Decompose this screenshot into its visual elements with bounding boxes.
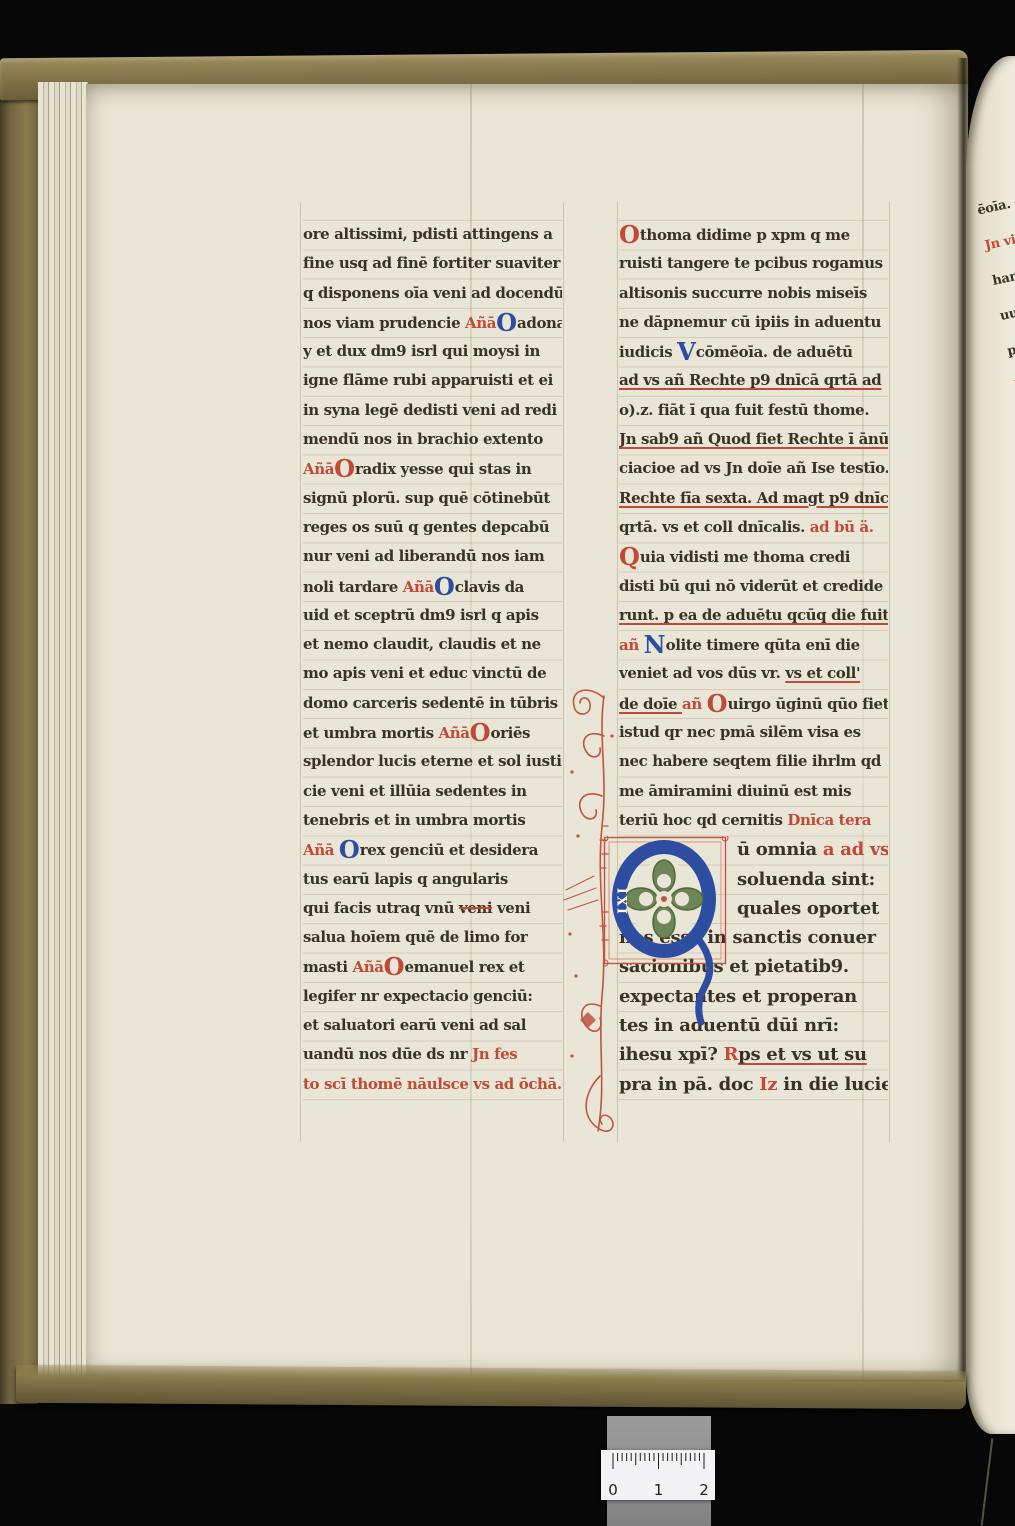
illuminated-initial: O (384, 952, 405, 981)
text-line: cie veni et illūia sedentes in (303, 777, 562, 806)
text-line: Rechte fīa sexta. Ad magt p9 dnīcā (619, 484, 888, 513)
text-line: splendor lucis eterne et sol iusti (303, 747, 562, 776)
text-line: ore altissimi, pdisti attingens a (303, 220, 562, 249)
text-run: o).z. fiāt ī qua fuit festū thome. (619, 401, 869, 419)
ruler-number-0: 0 (608, 1481, 618, 1499)
text-line: ad vs añ Rechte p9 dnīcā qrtā ad (619, 366, 888, 395)
text-line: altisonis succurre nobis miseīs (619, 279, 888, 308)
text-run: emanuel rex et (404, 958, 524, 976)
text-run: fine usq ad finē fortiter suaviter (303, 254, 560, 272)
text-run: Rechte fīa sexta. Ad magt p9 dnīcā (619, 489, 888, 507)
text-run: thoma didime p xpm q me (640, 226, 850, 244)
text-line: to scī thomē nāulsce vs ad ōchā. (303, 1070, 562, 1099)
text-run: Añā (303, 841, 339, 859)
text-run: ū omnia (737, 839, 823, 860)
text-run: q disponens oīa veni ad docendū (303, 284, 562, 302)
text-run: radix yesse qui stas in (355, 460, 531, 478)
ruling-line (889, 202, 890, 1142)
text-run: Añā (465, 314, 496, 332)
text-line: Quia vidisti me thoma credi (619, 542, 888, 571)
text-run: uia vidisti me thoma credi (640, 548, 850, 566)
text-run: in syna legē dedisti veni ad redi (303, 401, 557, 419)
text-line: ne dāpnemur cū ipiis in aduentu (619, 308, 888, 337)
text-run: quales oportet (737, 898, 879, 919)
text-run: ore altissimi, pdisti attingens a (303, 225, 553, 243)
text-line: me āmiramini diuinū est mis (619, 777, 888, 806)
text-line: mendū nos in brachio extento (303, 425, 562, 454)
text-run: iudicis (619, 343, 677, 361)
manuscript-page: ore altissimi, pdisti attingens afine us… (86, 84, 968, 1380)
text-line: reges os suū q gentes depcabū (303, 513, 562, 542)
text-run: y et dux dm9 isrl qui moysi in (303, 342, 540, 360)
text-run: nec habere seqtem filie ihrlm qd (619, 752, 881, 770)
text-line: in syna legē dedisti veni ad redi (303, 396, 562, 425)
text-line: iudicis Vcōmēoīa. de aduētū (619, 337, 888, 366)
text-line: o).z. fiāt ī qua fuit festū thome. (619, 396, 888, 425)
text-run: altisonis succurre nobis miseīs (619, 284, 867, 302)
text-run: uandū nos dūe ds nr (303, 1045, 472, 1063)
text-line: q disponens oīa veni ad docendū (303, 279, 562, 308)
text-line: et nemo claudit, claudis et ne (303, 630, 562, 659)
text-run: mendū nos in brachio extento (303, 430, 543, 448)
text-run: noli tardare (303, 578, 403, 596)
text-run: masti (303, 958, 353, 976)
text-run: ēoīa. cū crui (976, 186, 1015, 219)
text-run: Iz (759, 1074, 777, 1095)
text-line: qui facis utraq vnū veni veni (303, 894, 562, 923)
text-line: Othoma didime p xpm q me (619, 220, 888, 249)
text-line: runt. p ea de aduētu qcūq die fuit (619, 601, 888, 630)
text-line: Añā Orex genciū et desidera (303, 835, 562, 864)
text-run: ps et vs ut su (738, 1044, 867, 1065)
facing-page-text: ēoīa. cū cruiJn vigl añ zZhanans dns luu… (974, 159, 1015, 1110)
illuminated-initial: O (434, 572, 455, 601)
text-run: legifer nr expectacio genciū: (303, 987, 533, 1005)
text-run: disti bū qui nō viderūt et credide (619, 577, 883, 595)
text-run: a ad vs. (823, 839, 888, 860)
text-line: istud qr nec pmā silēm visa es (619, 718, 888, 747)
initial-inscription: IXI (616, 886, 631, 914)
text-line: masti AñāOemanuel rex et (303, 952, 562, 981)
text-run: teriū hoc qd cernitis (619, 811, 787, 829)
text-line: de doīe añ Ouirgo ūginū qūo fiet (619, 689, 888, 718)
text-line: AñāOradix yesse qui stas in (303, 454, 562, 483)
text-line: nec habere seqtem filie ihrlm qd (619, 747, 888, 776)
text-run: olite timere qūta enī die (666, 636, 860, 654)
ruler-ticks (613, 1453, 704, 1469)
text-run: R (724, 1044, 739, 1065)
text-line: ēoīa. cū crui (974, 159, 1015, 230)
text-line: añ Nolite timere qūta enī die (619, 630, 888, 659)
book-bottom-edge (16, 1365, 966, 1410)
text-run: ihesu xpī? (619, 1044, 724, 1065)
text-run: ad vs añ Rechte p9 dnīcā qrtā ad (619, 371, 881, 389)
text-line: domo carceris sedentē in tūbris (303, 689, 562, 718)
text-run: nur veni ad liberandū nos iam (303, 547, 544, 565)
text-run: clavis da (455, 578, 524, 596)
text-run: to scī thomē nāulsce vs ad ōchā. (303, 1075, 562, 1093)
book-spine (0, 68, 38, 1404)
text-line: teriū hoc qd cernitis Dnīca tera (619, 806, 888, 835)
text-line: ihesu xpī? Rps et vs ut su (619, 1040, 888, 1069)
text-run: uid et sceptrū dm9 isrl q apis (303, 606, 539, 624)
illuminated-initial: Q (619, 542, 640, 571)
fore-edge-line (981, 1438, 994, 1526)
text-run: veni (459, 899, 492, 917)
text-run: cie veni et illūia sedentes in (303, 782, 527, 800)
text-line: mo apis veni et educ vinctū de (303, 659, 562, 688)
text-line: salua hoīem quē de limo for (303, 923, 562, 952)
text-line: ruisti tangere te pcibus rogamus (619, 249, 888, 278)
manuscript-photograph: ore altissimi, pdisti attingens afine us… (0, 0, 1015, 1526)
text-line: et saluatori earū veni ad sal (303, 1011, 562, 1040)
text-run: nos viam prudencie (303, 314, 465, 332)
illuminated-initial: O (339, 835, 360, 864)
text-line: noli tardare AñāOclavis da (303, 572, 562, 601)
text-line: veniet ad vos dūs vr. vs et coll' (619, 659, 888, 688)
text-run: Añā (303, 460, 334, 478)
text-run: rex genciū et desidera (360, 841, 538, 859)
illuminated-initial: O (496, 308, 517, 337)
text-run: tenebris et in umbra mortis (303, 811, 525, 829)
text-run: signū plorū. sup quē cōtinebūt (303, 489, 550, 507)
ruler-scale: 0 1 2 (601, 1450, 715, 1500)
ruler-number-1: 1 (654, 1481, 664, 1499)
page-stack-edges (38, 82, 88, 1396)
text-run: vs et coll' (785, 664, 860, 682)
illuminated-initial: O (334, 454, 355, 483)
text-run: uirgo ūginū qūo fiet (728, 695, 888, 713)
text-line: fine usq ad finē fortiter suaviter (303, 249, 562, 278)
text-run: in die lucie (777, 1074, 888, 1095)
text-run: Jn vigl añ (984, 224, 1015, 253)
text-run: domo carceris sedentē in tūbris (303, 694, 558, 712)
left-text-column: ore altissimi, pdisti attingens afine us… (303, 220, 562, 1101)
illuminated-initial: O (470, 718, 491, 747)
text-line: qrtā. vs et coll dnīcalis. ad bū ä. (619, 513, 888, 542)
decorated-initial-q: IXI (603, 836, 731, 1026)
text-run: qrtā. vs et coll dnīcalis. (619, 518, 810, 536)
text-line: uid et sceptrū dm9 isrl q apis (303, 601, 562, 630)
text-line: pra in pā. doc Iz in die lucie R' (619, 1070, 888, 1099)
text-run: et umbra mortis (303, 724, 438, 742)
text-line: igne flāme rubi apparuisti et ei (303, 366, 562, 395)
text-run: cōmēoīa. de aduētū (696, 343, 853, 361)
text-run: qui facis utraq vnū (303, 899, 459, 917)
text-run: et saluatori earū veni ad sal (303, 1016, 526, 1034)
text-run: ad bū ä. (810, 518, 874, 536)
text-run: et nemo claudit, claudis et ne (303, 635, 541, 653)
illuminated-initial: O (619, 220, 640, 249)
illuminated-initial: O (707, 689, 728, 718)
text-run: runt. p ea de aduētu qcūq die fuit (619, 606, 888, 624)
text-line: Jn sab9 añ Quod fiet Rechte ī ānū (619, 425, 888, 454)
text-run: ruisti tangere te pcibus rogamus (619, 254, 883, 272)
text-run: Jn fes (472, 1045, 517, 1063)
text-run: reges os suū q gentes depcabū (303, 518, 549, 536)
text-line: et umbra mortis AñāOoriēs (303, 718, 562, 747)
illuminated-initial: V (677, 337, 696, 366)
text-line: tenebris et in umbra mortis (303, 806, 562, 835)
text-run: añ (619, 636, 644, 654)
text-run: Jn sab9 añ Quod fiet Rechte ī ānū (619, 430, 888, 448)
text-run: salua hoīem quē de limo for (303, 928, 527, 946)
text-run: añ (682, 695, 707, 713)
text-run: Dnīca tera (787, 811, 871, 829)
text-line: ciacioe ad vs Jn doīe añ Ise testīo. (619, 454, 888, 483)
text-run: veni (492, 899, 530, 917)
text-line: y et dux dm9 isrl qui moysi in (303, 337, 562, 366)
text-run: ciacioe ad vs Jn doīe añ Ise testīo. (619, 459, 888, 477)
text-line: disti bū qui nō viderūt et credide (619, 572, 888, 601)
text-run: me āmiramini diuinū est mis (619, 782, 851, 800)
text-run: soluenda sint: (737, 869, 875, 890)
text-line: nur veni ad liberandū nos iam (303, 542, 562, 571)
text-run: tus earū lapis q angularis (303, 870, 508, 888)
text-run: oriēs (490, 724, 530, 742)
text-run: Añā (438, 724, 469, 742)
ruler-number-2: 2 (699, 1481, 709, 1499)
text-run: adona (517, 314, 562, 332)
facing-page-edge: ēoīa. cū cruiJn vigl añ zZhanans dns luu… (966, 56, 1015, 1434)
text-run: veniet ad vos dūs vr. (619, 664, 785, 682)
text-line: tus earū lapis q angularis (303, 865, 562, 894)
text-run: ne dāpnemur cū ipiis in aduentu (619, 313, 881, 331)
text-run: splendor lucis eterne et sol iusti (303, 752, 562, 770)
text-run: Añā (403, 578, 434, 596)
text-run: Añā (353, 958, 384, 976)
text-line: uandū nos dūe ds nr Jn fes (303, 1040, 562, 1069)
illuminated-initial: N (644, 630, 666, 659)
text-run: mo apis veni et educ vinctū de (303, 664, 546, 682)
text-line: nos viam prudencie AñāOadona (303, 308, 562, 337)
text-run: istud qr nec pmā silēm visa es (619, 723, 861, 741)
text-line: legifer nr expectacio genciū: (303, 982, 562, 1011)
text-line: signū plorū. sup quē cōtinebūt (303, 484, 562, 513)
ruling-line (300, 202, 301, 1142)
text-run: pra in pā. doc (619, 1074, 759, 1095)
text-run: igne flāme rubi apparuisti et ei (303, 371, 553, 389)
